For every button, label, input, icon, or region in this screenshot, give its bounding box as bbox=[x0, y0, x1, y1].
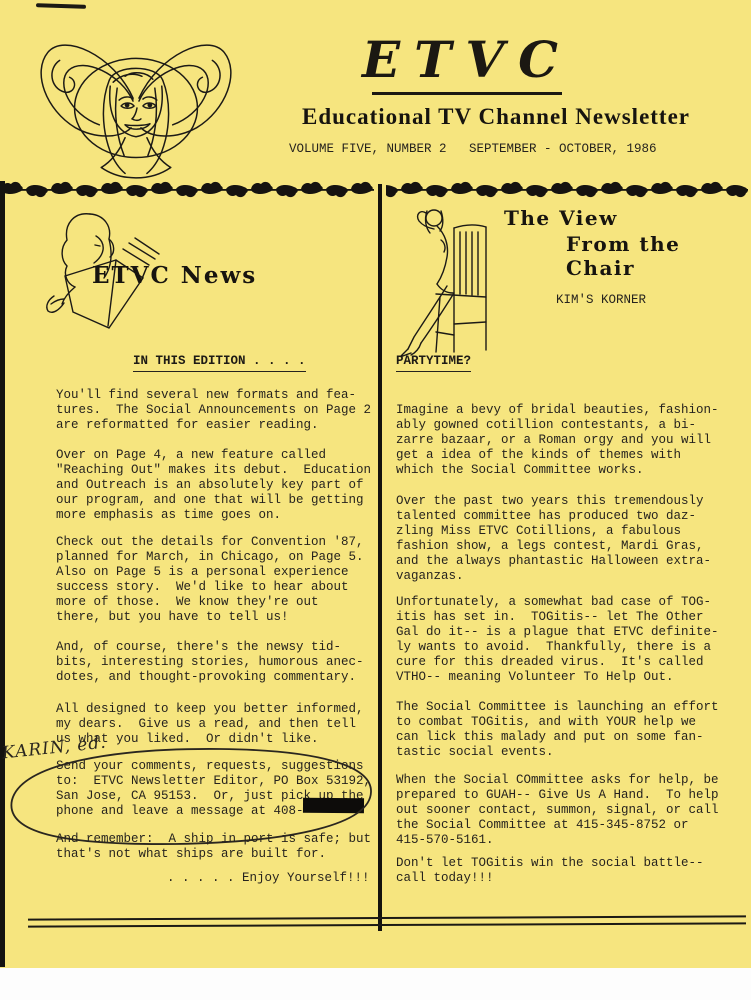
logo-underline bbox=[372, 92, 562, 95]
right-paragraph: When the Social COmmittee asks for help,… bbox=[396, 773, 719, 848]
etvc-logo: ETVC bbox=[352, 30, 582, 89]
left-paragraph: And, of course, there's the newsy tid- b… bbox=[56, 640, 364, 685]
right-paragraph: Over the past two years this tremendousl… bbox=[396, 494, 711, 584]
right-paragraph: Don't let TOGitis win the social battle-… bbox=[396, 856, 704, 886]
newsletter-scan: ETVC Educational TV Channel Newsletter V… bbox=[0, 0, 751, 1000]
left-paragraph: You'll find several new formats and fea-… bbox=[56, 388, 371, 433]
issue-line: VOLUME FIVE, NUMBER 2 SEPTEMBER - OCTOBE… bbox=[289, 142, 657, 157]
scan-margin bbox=[0, 968, 751, 1000]
partytime-heading: PARTYTIME? bbox=[396, 354, 471, 372]
decorative-bird-band bbox=[0, 180, 751, 202]
right-section-title-line2: From the Chair bbox=[566, 232, 751, 280]
right-paragraph: The Social Committee is launching an eff… bbox=[396, 700, 719, 760]
byline: KIM'S KORNER bbox=[556, 293, 646, 308]
chair-woman-artwork bbox=[396, 202, 521, 357]
right-paragraph: Imagine a bevy of bridal beauties, fashi… bbox=[396, 403, 719, 478]
fairy-butterfly-artwork bbox=[22, 26, 250, 186]
left-paragraph: Over on Page 4, a new feature called "Re… bbox=[56, 448, 371, 523]
right-paragraph: Unfortunately, a somewhat bad case of TO… bbox=[396, 595, 719, 685]
edition-heading: IN THIS EDITION . . . . bbox=[133, 354, 306, 372]
left-paragraph: Check out the details for Convention '87… bbox=[56, 535, 364, 625]
left-closing-paragraph: And remember: A ship in port is safe; bu… bbox=[56, 832, 371, 862]
right-section-title-line1: The View bbox=[504, 206, 618, 230]
newsletter-title: Educational TV Channel Newsletter bbox=[266, 104, 726, 130]
left-signoff: . . . . . Enjoy Yourself!!! bbox=[167, 871, 370, 886]
left-section-title: ETVC News bbox=[92, 262, 257, 289]
